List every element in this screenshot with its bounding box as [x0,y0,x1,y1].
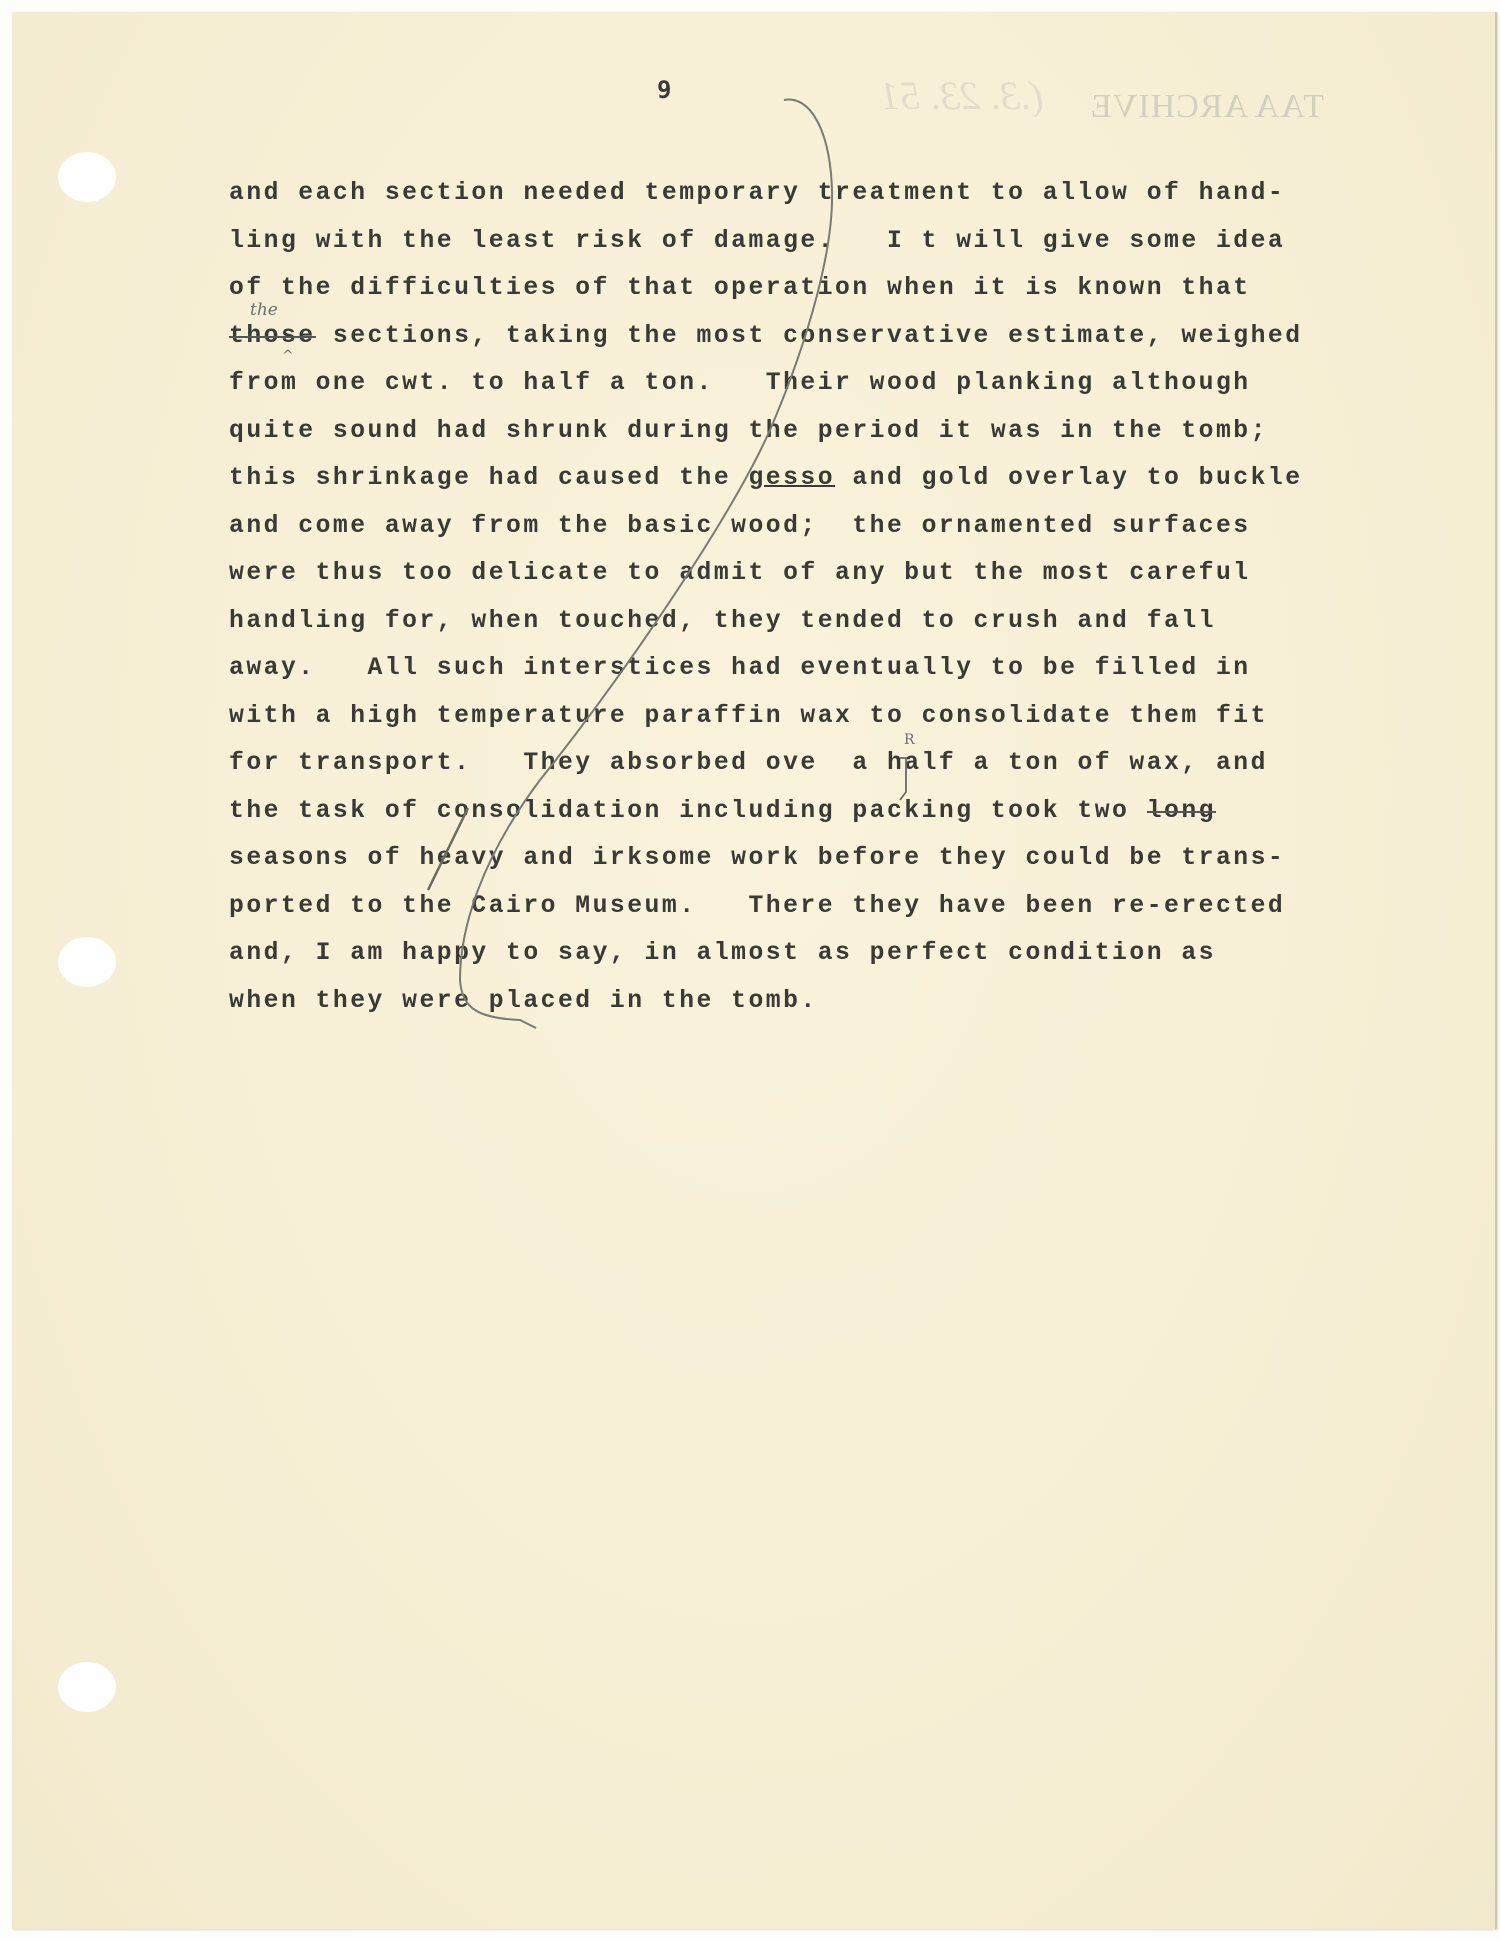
text-line: quite sound had shrunk during the period… [229,408,1469,456]
text-line: handling for, when touched, they tended … [229,598,1469,646]
punch-hole [58,937,116,987]
text-line: those sections, taking the most conserva… [229,313,1469,361]
struck-word: those [229,322,316,350]
page-number: 9 [657,76,671,104]
text-line: when they were placed in the tomb. [229,978,1469,1026]
text-line: with a high temperature paraffin wax to … [229,693,1469,741]
text-line: and, I am happy to say, in almost as per… [229,930,1469,978]
archive-stamp-date: (.3. 23. 51 [880,72,1043,119]
punch-hole [58,152,116,202]
archive-stamp: TAA ARCHIVE [1090,88,1324,126]
text-line: from one cwt. to half a ton. Their wood … [229,360,1469,408]
punch-hole [58,1662,116,1712]
text-segment: a half a ton of wax, and [818,749,1268,777]
text-line: this shrinkage had caused the gesso and … [229,455,1469,503]
insertion-caret: ^ [282,348,294,364]
text-segment: sections, taking the most conservative e… [316,322,1303,350]
text-line: of the difficulties of that operation wh… [229,265,1469,313]
handwritten-insertion: R [904,732,915,748]
text-line: ling with the least risk of damage. I t … [229,218,1469,266]
text-segment: this shrinkage had caused the [229,464,748,492]
text-segment: for transport. They absorbed ove [229,749,818,777]
text-line: ported to the Cairo Museum. There they h… [229,883,1469,931]
text-line: were thus too delicate to admit of any b… [229,550,1469,598]
underlined-word: gesso [748,464,835,492]
text-line: seasons of heavy and irksome work before… [229,835,1469,883]
struck-word: long [1147,797,1216,825]
typescript-body: and each section needed temporary treatm… [229,170,1469,1025]
handwritten-replacement: the [250,300,278,320]
text-segment: the task of consolidation including pack… [229,797,1147,825]
text-line: the task of consolidation including pack… [229,788,1469,836]
text-line: and come away from the basic wood; the o… [229,503,1469,551]
text-segment: and gold overlay to buckle [835,464,1303,492]
text-line: for transport. They absorbed ove a half … [229,740,1469,788]
text-line: and each section needed temporary treatm… [229,170,1469,218]
text-line: away. All such interstices had eventuall… [229,645,1469,693]
